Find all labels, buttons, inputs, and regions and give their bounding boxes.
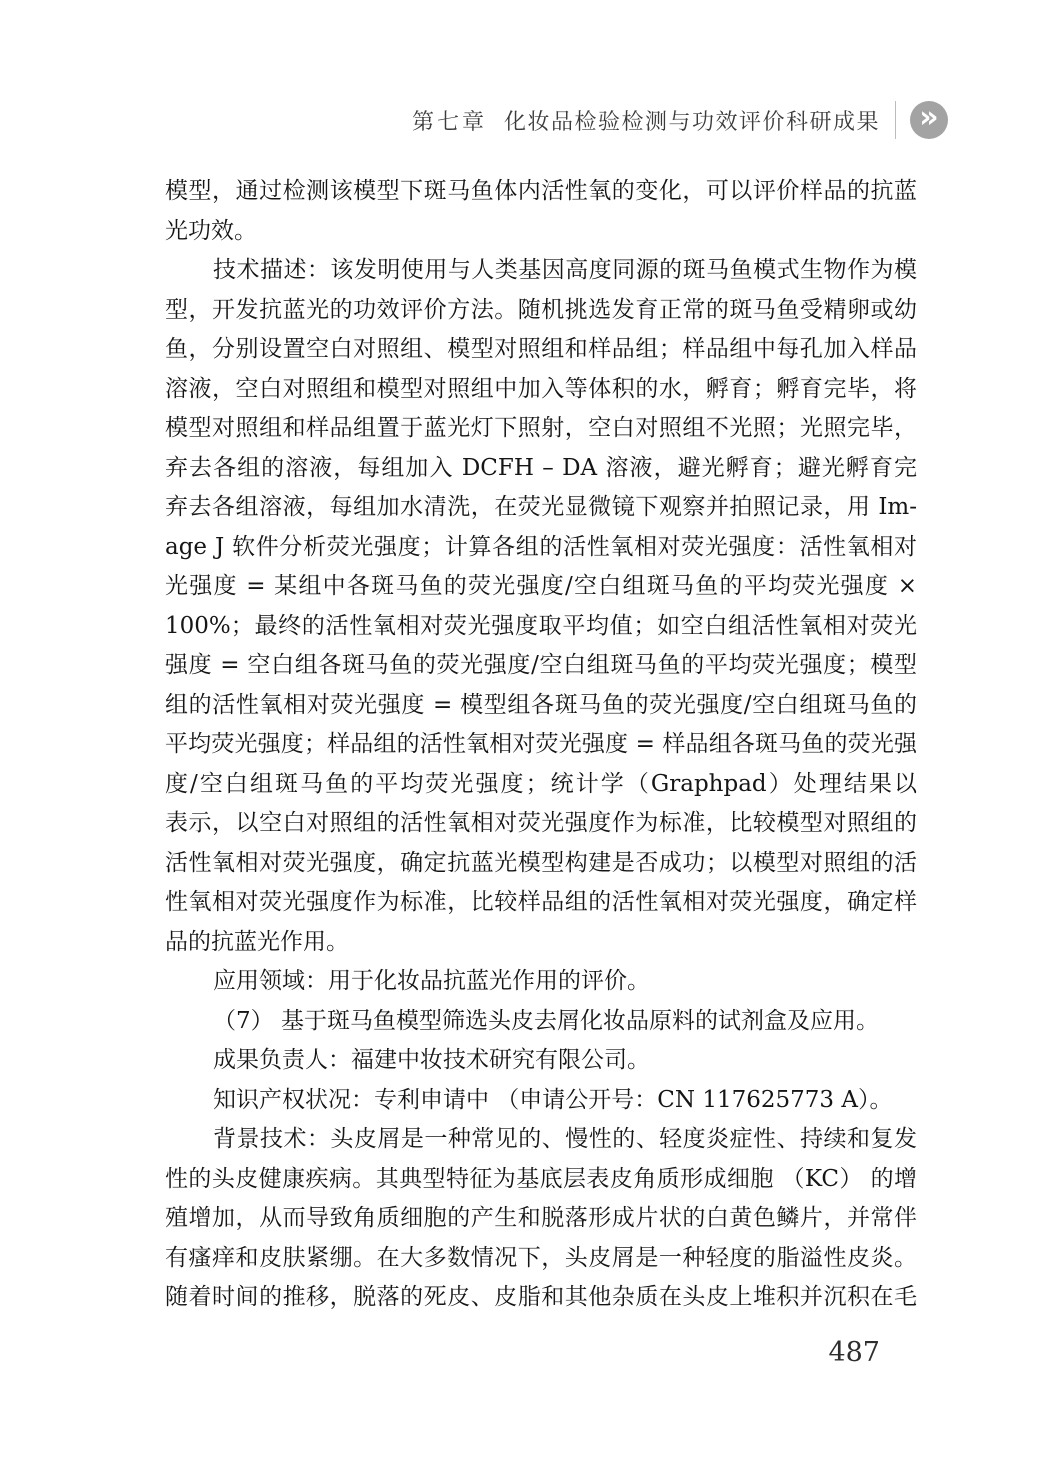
text-line: 性的头皮健康疾病。其典型特征为基底层表皮角质形成细胞 （KC） 的增 (165, 1160, 917, 1200)
text-line: 随着时间的推移，脱落的死皮、皮脂和其他杂质在头皮上堆积并沉积在毛 (165, 1278, 917, 1318)
text-line: 有瘙痒和皮肤紧绷。在大多数情况下，头皮屑是一种轻度的脂溢性皮炎。 (165, 1239, 917, 1279)
text-line: 型，开发抗蓝光的功效评价方法。随机挑选发育正常的斑马鱼受精卵或幼 (165, 291, 917, 331)
header-divider (895, 101, 896, 139)
text-line: 强度 = 空白组各斑马鱼的荧光强度/空白组斑马鱼的平均荧光强度；模型 (165, 646, 917, 686)
text-line: 光功效。 (165, 212, 917, 252)
text-line: 应用领域：用于化妆品抗蓝光作用的评价。 (165, 962, 917, 1002)
chapter-header: 第七章 化妆品检验检测与功效评价科研成果 » (0, 97, 948, 143)
text-line: 平均荧光强度；样品组的活性氧相对荧光强度 = 样品组各斑马鱼的荧光强 (165, 725, 917, 765)
text-line: 弃去各组的溶液，每组加入 DCFH – DA 溶液，避光孵育；避光孵育完毕， (165, 449, 917, 489)
text-line: 组的活性氧相对荧光强度 = 模型组各斑马鱼的荧光强度/空白组斑马鱼的 (165, 686, 917, 726)
text-line: （7） 基于斑马鱼模型筛选头皮去屑化妆品原料的试剂盒及应用。 (165, 1002, 917, 1042)
text-line: 模型，通过检测该模型下斑马鱼体内活性氧的变化，可以评价样品的抗蓝 (165, 172, 917, 212)
body-text: 模型，通过检测该模型下斑马鱼体内活性氧的变化，可以评价样品的抗蓝光功效。技术描述… (165, 172, 917, 1318)
text-line: 度/空白组斑马鱼的平均荧光强度；统计学（Graphpad）处理结果以 ±SEM (165, 765, 917, 805)
page-number: 487 (0, 1337, 880, 1368)
text-line: 100%；最终的活性氧相对荧光强度取平均值；如空白组活性氧相对荧光 (165, 607, 917, 647)
text-line: 表示，以空白对照组的活性氧相对荧光强度作为标准，比较模型对照组的 (165, 804, 917, 844)
text-line: age J 软件分析荧光强度；计算各组的活性氧相对荧光强度：活性氧相对荧 (165, 528, 917, 568)
text-line: 活性氧相对荧光强度，确定抗蓝光模型构建是否成功；以模型对照组的活 (165, 844, 917, 884)
chapter-title: 化妆品检验检测与功效评价科研成果 (504, 105, 880, 136)
text-line: 性氧相对荧光强度作为标准，比较样品组的活性氧相对荧光强度，确定样 (165, 883, 917, 923)
text-line: 知识产权状况：专利申请中 （申请公开号：CN 117625773 A）。 (165, 1081, 917, 1121)
chapter-number: 第七章 (412, 105, 487, 136)
text-line: 殖增加，从而导致角质细胞的产生和脱落形成片状的白黄色鳞片，并常伴 (165, 1199, 917, 1239)
chevrons-right-icon: » (910, 101, 948, 139)
text-line: 鱼，分别设置空白对照组、模型对照组和样品组；样品组中每孔加入样品 (165, 330, 917, 370)
text-line: 背景技术：头皮屑是一种常见的、慢性的、轻度炎症性、持续和复发 (165, 1120, 917, 1160)
text-line: 技术描述：该发明使用与人类基因高度同源的斑马鱼模式生物作为模 (165, 251, 917, 291)
text-line: 模型对照组和样品组置于蓝光灯下照射，空白对照组不光照；光照完毕， (165, 409, 917, 449)
text-line: 溶液，空白对照组和模型对照组中加入等体积的水，孵育；孵育完毕，将 (165, 370, 917, 410)
text-line: 品的抗蓝光作用。 (165, 923, 917, 963)
text-line: 光强度 = 某组中各斑马鱼的荧光强度/空白组斑马鱼的平均荧光强度 × (165, 567, 917, 607)
text-line: 弃去各组溶液，每组加水清洗，在荧光显微镜下观察并拍照记录，用 Im- (165, 488, 917, 528)
text-line: 成果负责人：福建中妆技术研究有限公司。 (165, 1041, 917, 1081)
